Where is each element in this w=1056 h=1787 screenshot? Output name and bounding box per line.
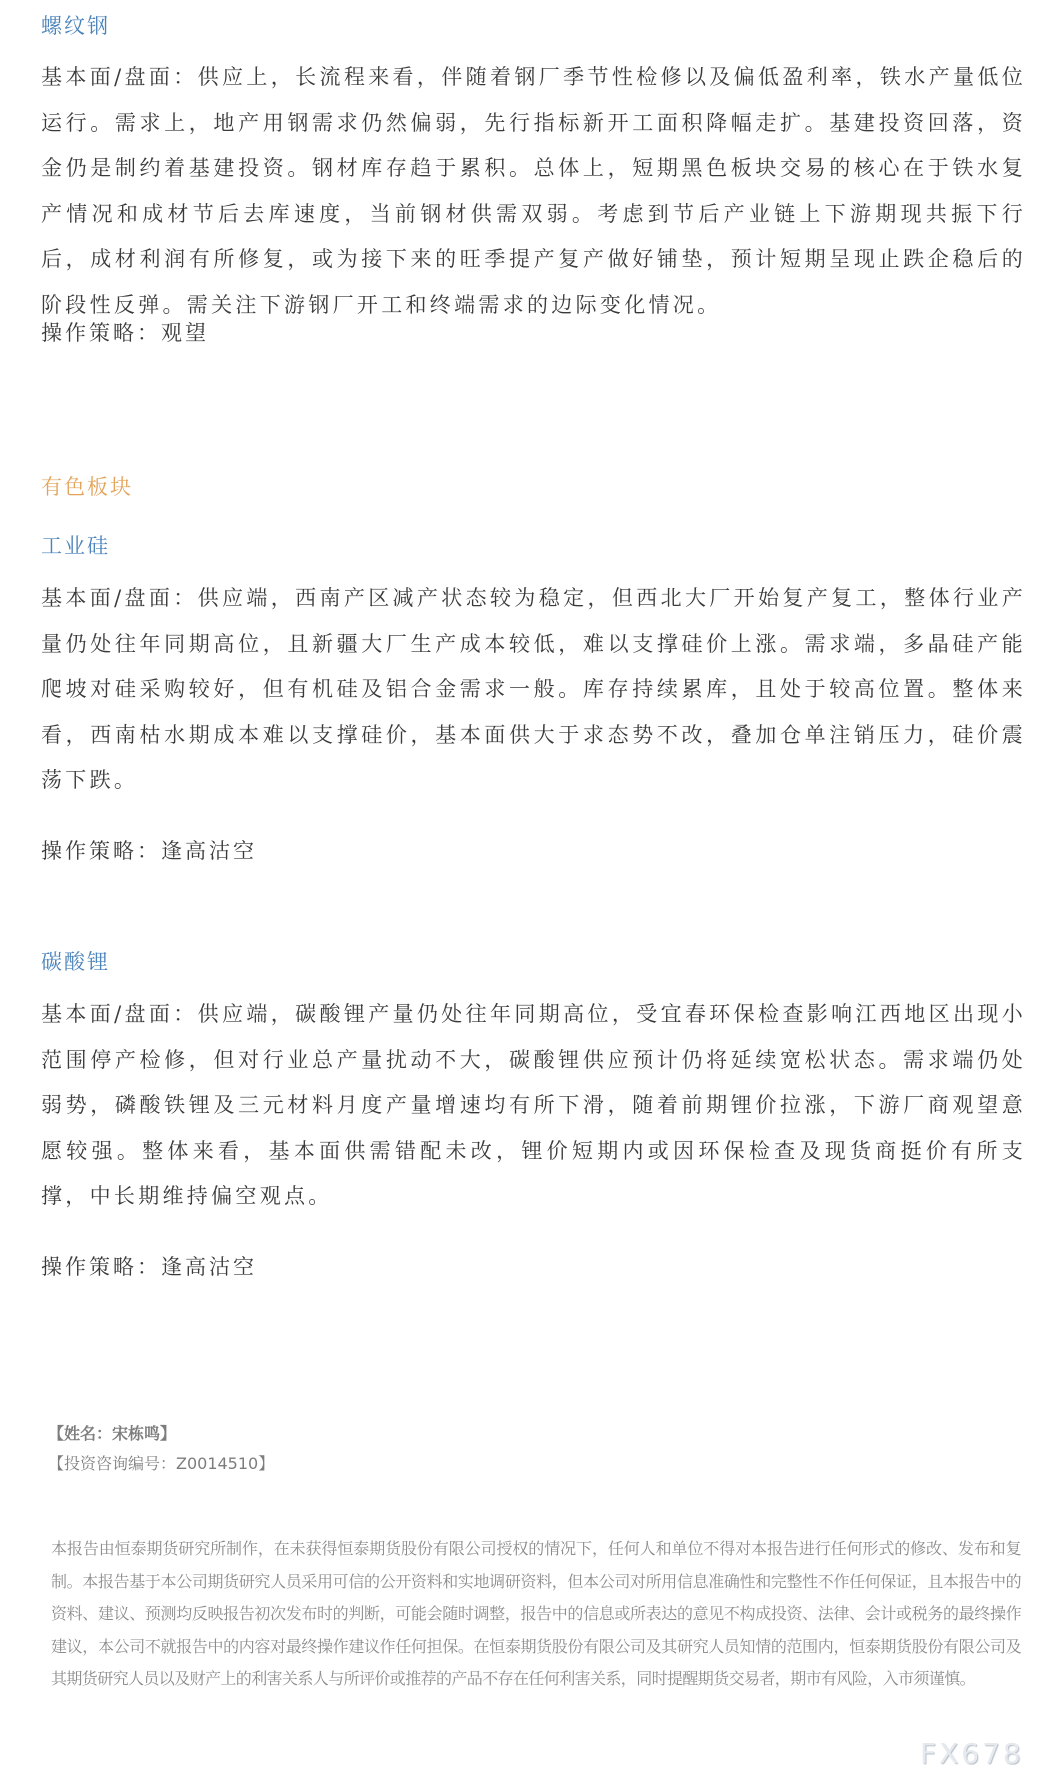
- author-license-number: 【投资咨询编号：Z0014510】: [48, 1451, 274, 1474]
- section-heading-industrial-silicon: 工业硅: [41, 532, 110, 560]
- fx678-watermark-logo: FX678: [920, 1737, 1024, 1770]
- disclaimer-text: 本报告由恒泰期货研究所制作，在未获得恒泰期货股份有限公司授权的情况下，任何人和单…: [51, 1533, 1021, 1696]
- author-name: 【姓名：宋栋鸣】: [48, 1421, 176, 1444]
- section-heading-rebar: 螺纹钢: [41, 12, 110, 40]
- section-paragraph-rebar: 基本面/盘面：供应上，长流程来看，伴随着钢厂季节性检修以及偏低盈利率，铁水产量低…: [41, 55, 1026, 328]
- section-paragraph-lithium-carbonate: 基本面/盘面：供应端，碳酸锂产量仍处往年同期高位，受宜春环保检查影响江西地区出现…: [41, 992, 1026, 1220]
- category-heading-nonferrous: 有色板块: [41, 473, 133, 501]
- strategy-industrial-silicon: 操作策略：逢高沽空: [41, 837, 257, 865]
- strategy-rebar: 操作策略：观望: [41, 319, 209, 347]
- section-heading-lithium-carbonate: 碳酸锂: [41, 948, 110, 976]
- section-paragraph-industrial-silicon: 基本面/盘面：供应端，西南产区减产状态较为稳定，但西北大厂开始复产复工，整体行业…: [41, 576, 1026, 804]
- strategy-lithium-carbonate: 操作策略：逢高沽空: [41, 1253, 257, 1281]
